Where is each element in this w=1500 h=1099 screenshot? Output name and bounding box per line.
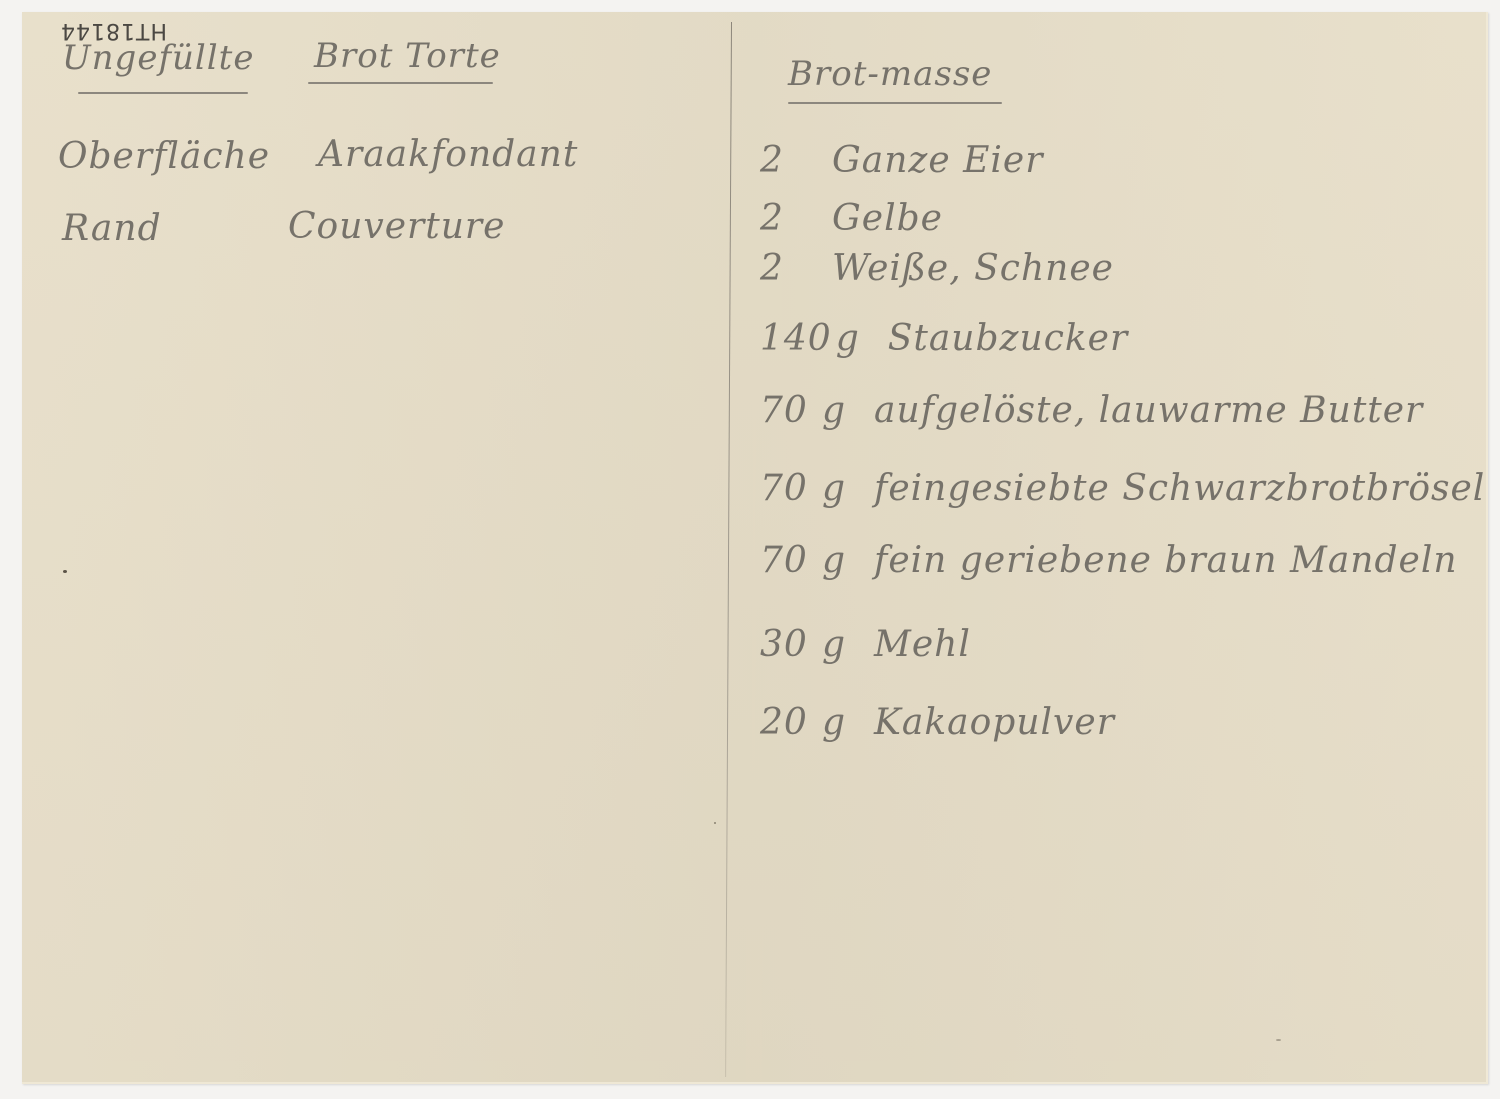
ingredient-unit: g [836, 318, 874, 359]
paper-speck [1276, 1039, 1281, 1041]
ingredient-row: 2 Gelbe [760, 198, 943, 239]
row-value-araakfondant: Araakfondant [318, 134, 578, 175]
ingredient-qty: 20 [760, 702, 818, 743]
ingredient-name: feingesiebte Schwarzbrotbrösel [874, 468, 1485, 509]
paper-speck [714, 822, 716, 824]
ingredient-unit: g [822, 540, 860, 581]
ingredient-qty: 140 [760, 318, 832, 359]
ingredient-name: Gelbe [832, 198, 943, 239]
title-ungefuellte: Ungefüllte [62, 38, 254, 78]
ingredient-name: Weiße, Schnee [832, 248, 1114, 289]
ingredient-name: Kakaopulver [874, 702, 1115, 743]
ingredient-name: Staubzucker [888, 318, 1128, 359]
paper-speck [63, 570, 67, 573]
title-brot-masse: Brot-masse [788, 54, 992, 94]
column-divider [725, 22, 732, 1077]
ingredient-row: 70 g feingesiebte Schwarzbrotbrösel [760, 468, 1485, 509]
ingredient-row: 30 g Mehl [760, 624, 971, 665]
title-underline-masse [788, 102, 1002, 104]
ingredient-row: 2 Ganze Eier [760, 140, 1043, 181]
row-value-couverture: Couverture [288, 206, 505, 247]
ingredient-qty: 30 [760, 624, 818, 665]
ingredient-unit: g [822, 702, 860, 743]
ingredient-qty: 2 [760, 198, 818, 239]
recipe-card: HT18144 Ungefüllte Brot Torte Oberfläche… [22, 12, 1488, 1084]
ingredient-row: 70 g fein geriebene braun Mandeln [760, 540, 1458, 581]
ingredient-row: 140 g Staubzucker [760, 318, 1128, 359]
ingredient-unit: g [822, 468, 860, 509]
ingredient-name: Mehl [874, 624, 971, 665]
ingredient-qty: 70 [760, 390, 818, 431]
ingredient-row: 20 g Kakaopulver [760, 702, 1115, 743]
ingredient-qty: 2 [760, 140, 818, 181]
title-underline-right [308, 82, 493, 84]
ingredient-row: 2 Weiße, Schnee [760, 248, 1114, 289]
row-label-rand: Rand [62, 208, 162, 249]
ingredient-row: 70 g aufgelöste, lauwarme Butter [760, 390, 1423, 431]
ingredient-qty: 2 [760, 248, 818, 289]
ingredient-name: aufgelöste, lauwarme Butter [874, 390, 1423, 431]
ingredient-qty: 70 [760, 468, 818, 509]
title-brot-torte: Brot Torte [314, 36, 501, 76]
ingredient-unit: g [822, 390, 860, 431]
ingredient-name: fein geriebene braun Mandeln [874, 540, 1458, 581]
ingredient-qty: 70 [760, 540, 818, 581]
title-underline-left [78, 92, 248, 94]
ingredient-name: Ganze Eier [832, 140, 1043, 181]
ingredient-unit: g [822, 624, 860, 665]
row-label-oberflaeche: Oberfläche [58, 136, 270, 177]
